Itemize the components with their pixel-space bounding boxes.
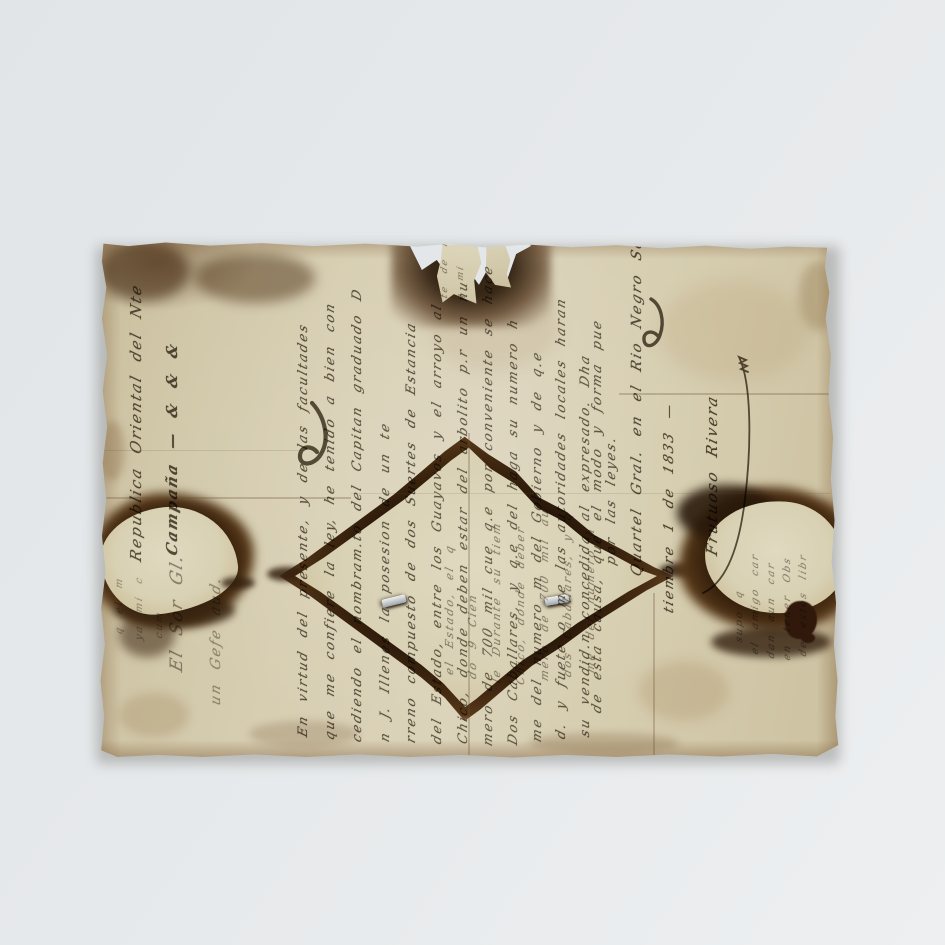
underpage-fragment: le Durante su tiem [491,520,502,684]
underpage-fragment: el amigo car [751,552,761,656]
address-line-2: un Gefe aud. [209,574,223,707]
underpage-fragment: ya mi c [135,575,145,642]
underpage-fragment: de estos libr [799,553,809,658]
body-line: En virtud del presente, y de las faculta… [297,321,310,738]
letter-document: Republica Oriental del NteCampaña — & & … [99,241,839,758]
dateline-place: Quartel Gral. en el Rio Negro Sep [630,225,644,578]
body-line: por las leyes. [605,434,618,567]
body-line: que me confiere la ley, he tenido a bien… [324,300,337,741]
underpage-fragment: en tener Obs [783,555,793,661]
photo: Republica Oriental del NteCampaña — & & … [0,0,945,945]
underpage-fragment: do 9 Cien [467,592,478,680]
address-line-1: El Sor Gl. [169,552,186,674]
dateline-date: tiembre 1 de 1833 — [663,401,677,615]
handwriting-layer: Republica Oriental del NteCampaña — & & … [99,241,839,758]
underpage-fragment: supo q [735,588,745,643]
underpage-fragment: me del numero h [585,525,596,674]
signature-name: Frutuoso Rivera [705,393,720,557]
underpage-fragment: Chico, donde deber [515,524,526,686]
body-line: cediendo el nombram.to del Capitan gradu… [351,286,364,743]
underpage-fragment: q el m [115,576,125,636]
underpage-fragment: dos Caballares, y q [562,510,573,678]
underpage-fragment: q mi [457,264,466,302]
heading-line-2: Campaña — & & & [165,340,180,557]
body-line: del Estado, entre los Guayavos y el arro… [431,302,444,746]
body-line: rreno compuesto de dos Suertes de Estanc… [405,320,418,745]
heading-line-1: Republica Oriental del Nte [129,282,144,563]
underpage-fragment: el Estado, el q [444,543,455,677]
underpage-fragment: dan aun car [767,561,777,660]
underpage-fragment: cum [155,609,165,639]
underpage-fragment: mero de 700 mil au [539,507,550,683]
body-line: n J. Illenes la posesion de un te [379,420,392,743]
